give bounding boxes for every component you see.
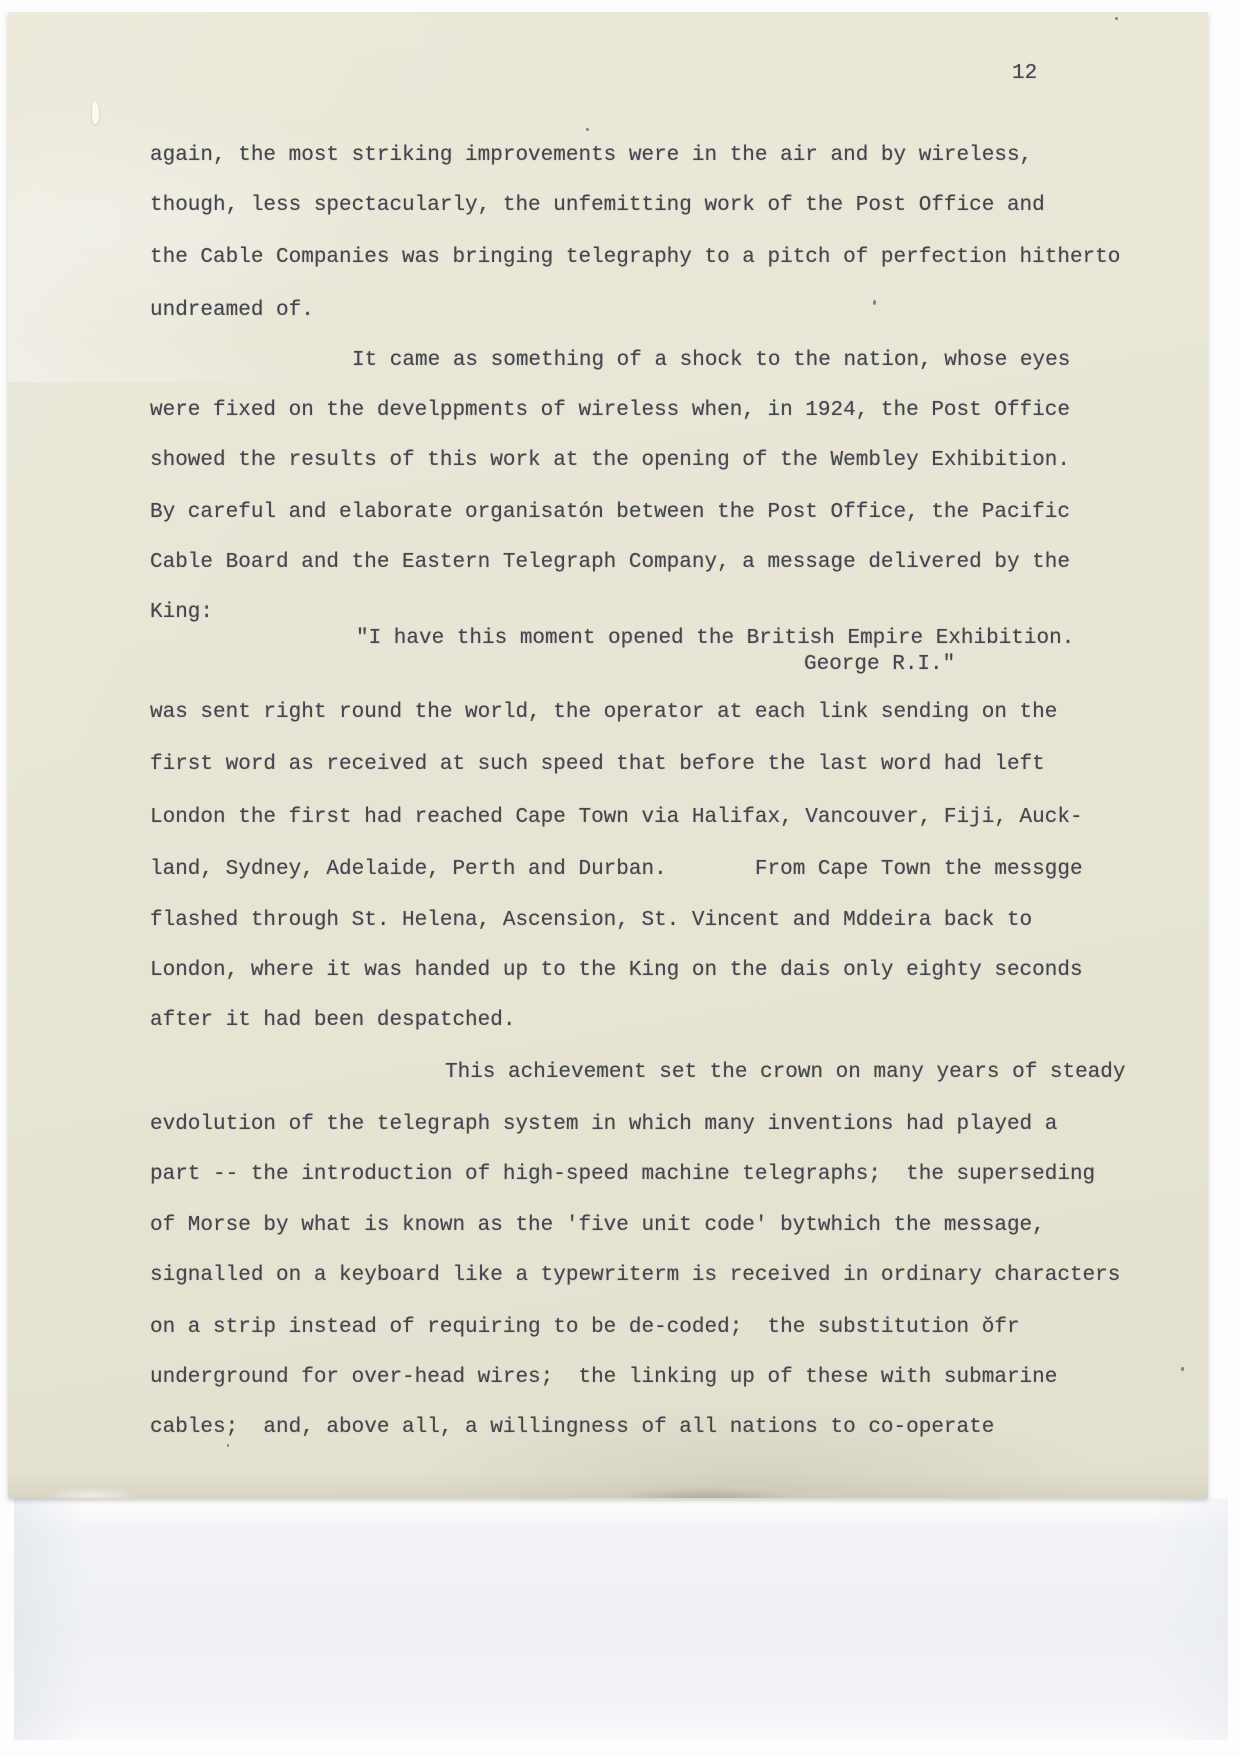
text-line: "I have this moment opened the British E… [356,626,1074,652]
paper-bottom-crease [8,1472,1208,1498]
text-line: It came as something of a shock to the n… [352,348,1070,374]
text-line: London the first had reached Cape Town v… [150,805,1083,831]
scanned-document: 12 again, the most striking improvements… [0,0,1242,1755]
text-line: of Morse by what is known as the 'five u… [150,1213,1045,1239]
text-line: flashed through St. Helena, Ascension, S… [150,908,1032,934]
text-line: was sent right round the world, the oper… [150,700,1057,726]
text-line: cables; and, above all, a willingness of… [150,1415,994,1441]
text-line: George R.I." [804,652,955,678]
text-line: showed the results of this work at the o… [150,448,1070,474]
text-line: the Cable Companies was bringing telegra… [150,245,1120,271]
text-line: London, where it was handed up to the Ki… [150,958,1083,984]
text-line: King: [150,600,213,626]
text-line: undreamed of. [150,298,314,324]
scanner-backing-sheet [14,1498,1228,1740]
page-number: 12 [1012,62,1037,85]
text-line: after it had been despatched. [150,1008,515,1034]
text-line: Cable Board and the Eastern Telegraph Co… [150,550,1070,576]
ink-speck [873,300,876,305]
paper-flaw [92,102,99,124]
ink-speck [586,128,589,131]
ink-speck [227,1444,229,1447]
text-line: signalled on a keyboard like a typewrite… [150,1263,1120,1289]
text-line: part -- the introduction of high-speed m… [150,1162,1095,1188]
text-line: This achievement set the crown on many y… [445,1060,1126,1086]
ink-speck [1115,17,1118,20]
text-line: first word as received at such speed tha… [150,752,1045,778]
ink-speck [1181,1367,1184,1371]
text-line: were fixed on the develppments of wirele… [150,398,1070,424]
text-line: underground for over-head wires; the lin… [150,1365,1057,1391]
text-line: again, the most striking improvements we… [150,143,1032,169]
text-line: on a strip instead of requiring to be de… [150,1315,1020,1341]
text-line: though, less spectacularly, the unfemitt… [150,193,1045,219]
text-line: evdolution of the telegraph system in wh… [150,1112,1057,1138]
text-line: land, Sydney, Adelaide, Perth and Durban… [150,857,1083,883]
text-line: By careful and elaborate organisatón bet… [150,500,1070,526]
